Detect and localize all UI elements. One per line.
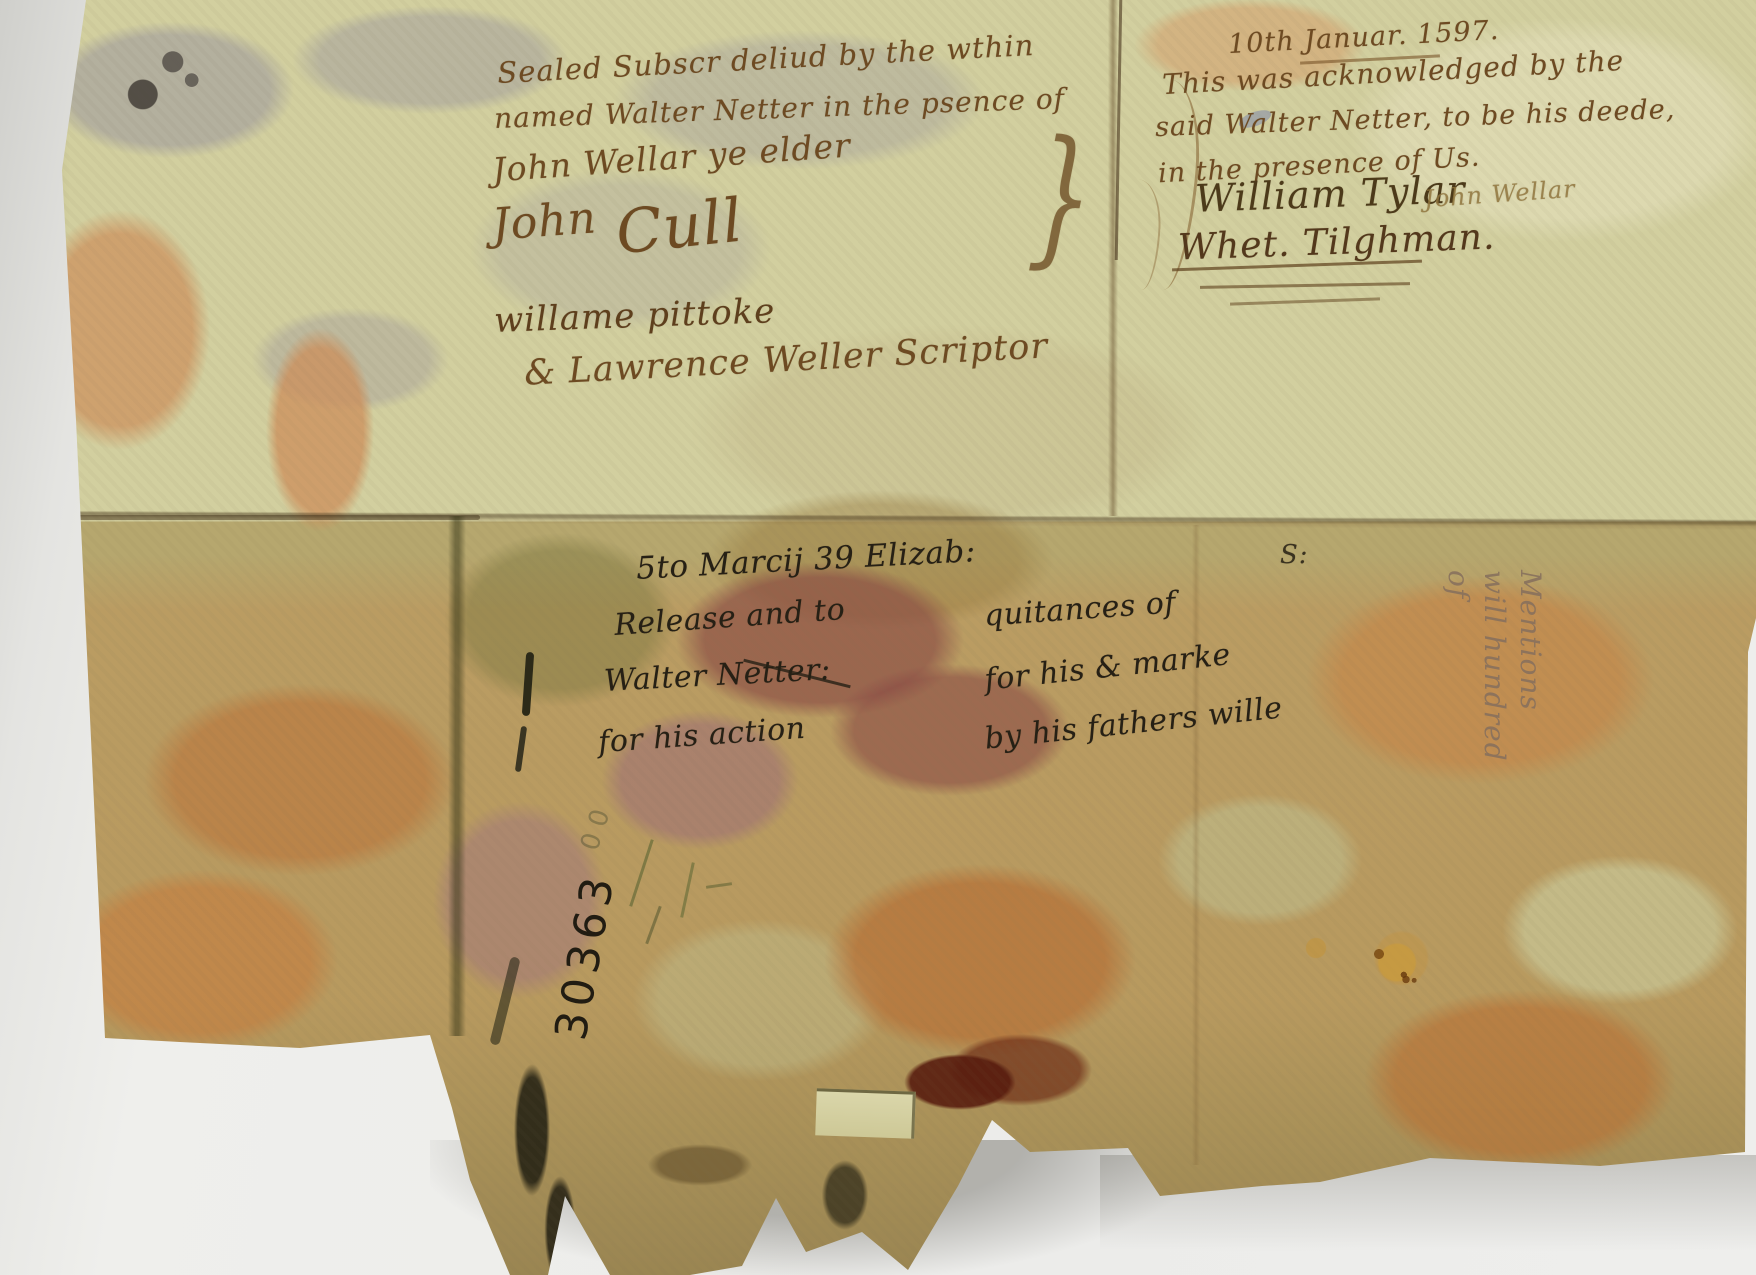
signature-willame-pittoke: willame pittoke bbox=[493, 291, 776, 341]
docket-row3-left: for his action bbox=[597, 711, 807, 760]
side-mark: S: bbox=[1280, 540, 1309, 570]
crease-ink-smudge bbox=[522, 652, 534, 716]
signature-flourish-line bbox=[1230, 297, 1380, 305]
signature-cull: Cull bbox=[613, 186, 747, 269]
witness-whet-tilghman: Whet. Tilghman. bbox=[1177, 216, 1496, 268]
crease-ink-smudge bbox=[489, 956, 520, 1046]
docket-row2-left: Walter Netter: bbox=[603, 652, 831, 699]
fold-crease-vertical-lower-left bbox=[448, 516, 466, 1036]
paper-tab bbox=[815, 1088, 916, 1138]
docket-row3-right: by his fathers wille bbox=[983, 690, 1284, 756]
docket-row1-right: quitances of bbox=[983, 585, 1177, 633]
pencil-note-line-2: will hundred bbox=[1476, 570, 1512, 810]
acknowledgement-line-2: said Walter Netter, to be his deede, bbox=[1155, 94, 1676, 143]
faint-ink-stroke bbox=[706, 882, 732, 889]
pencil-note-line-1: Mentions bbox=[1512, 570, 1548, 810]
crease-ink-smudge bbox=[515, 726, 527, 772]
attestation-line-2: named Walter Netter in the psence of bbox=[494, 82, 1066, 135]
floret-stain bbox=[1352, 920, 1442, 1005]
attestation-line-3: John Wellar ye elder bbox=[491, 126, 852, 190]
faint-ink-stroke bbox=[680, 862, 695, 917]
ghost-digits: 0 0 bbox=[575, 806, 616, 855]
signature-john: John bbox=[490, 192, 598, 250]
pencil-note-line-3: of bbox=[1440, 570, 1476, 810]
floret-stain bbox=[1296, 928, 1336, 968]
archive-number: 30363 bbox=[546, 868, 615, 1042]
docket-heading: 5to Marcij 39 Elizab: bbox=[635, 533, 976, 587]
scanned-manuscript: Sealed Subscr deliud by the wthin named … bbox=[0, 0, 1756, 1275]
attestation-line-1: Sealed Subscr deliud by the wthin bbox=[496, 28, 1035, 90]
signature-flourish-line bbox=[1200, 282, 1410, 289]
fold-crease-vertical-lower-right bbox=[1192, 525, 1200, 1165]
docket-row1-left: Release and to bbox=[613, 592, 846, 643]
pencil-note: Mentions will hundred of bbox=[1440, 570, 1548, 810]
parchment-sheet: Sealed Subscr deliud by the wthin named … bbox=[0, 0, 1756, 1275]
witness-brace-flourish: } bbox=[1025, 108, 1100, 286]
ink-blot bbox=[107, 36, 206, 122]
faint-ink-stroke bbox=[629, 839, 653, 907]
faint-ink-stroke bbox=[645, 906, 661, 945]
fold-crease-horizontal-dark-segment bbox=[60, 515, 480, 520]
floret-stain-specks bbox=[1396, 966, 1422, 988]
